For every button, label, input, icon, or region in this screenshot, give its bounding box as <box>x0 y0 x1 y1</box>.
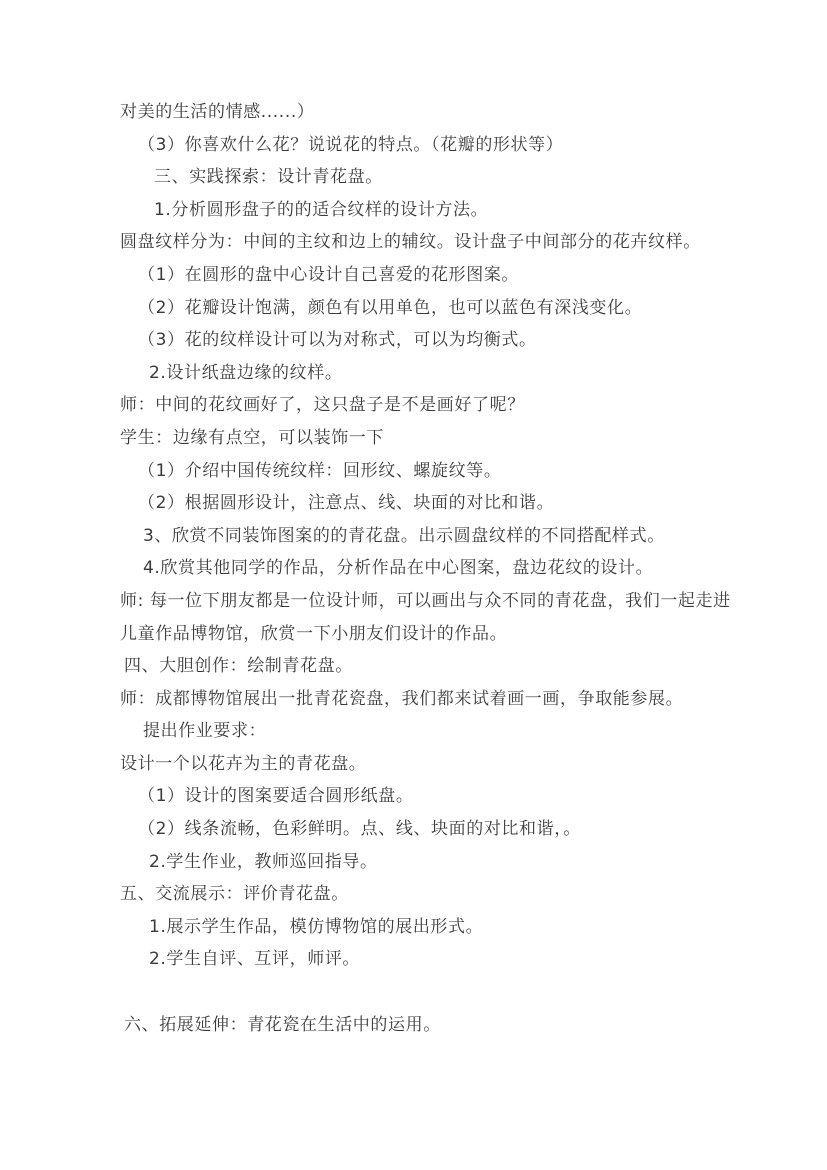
paragraph: （1）在圆形的盘中心设计自己喜爱的花形图案。 <box>120 259 713 292</box>
paragraph: 4.欣赏其他同学的作品，分析作品在中心图案，盘边花纹的设计。 <box>120 552 713 585</box>
section-heading: 六、拓展延伸：青花瓷在生活中的运用。 <box>120 1009 713 1042</box>
paragraph: （3）你喜欢什么花？说说花的特点。（花瓣的形状等） <box>120 129 713 162</box>
document-body: 对美的生活的情感......） （3）你喜欢什么花？说说花的特点。（花瓣的形状等… <box>120 96 713 1041</box>
section-heading: 三、实践探索：设计青花盘。 <box>120 161 713 194</box>
paragraph: 设计一个以花卉为主的青花盘。 <box>120 748 713 781</box>
paragraph: （1）介绍中国传统纹样：回形纹、螺旋纹等。 <box>120 455 713 488</box>
section-heading: 四、大胆创作：绘制青花盘。 <box>120 650 713 683</box>
paragraph: 师：中间的花纹画好了，这只盘子是不是画好了呢？ <box>120 389 713 422</box>
paragraph: 学生：边缘有点空，可以装饰一下 <box>120 422 713 455</box>
paragraph: （2）花瓣设计饱满，颜色有以用单色，也可以蓝色有深浅变化。 <box>120 292 713 325</box>
paragraph: 2.学生自评、互评，师评。 <box>120 943 713 976</box>
paragraph: 2.设计纸盘边缘的纹样。 <box>120 357 713 390</box>
paragraph: 儿童作品博物馆，欣赏一下小朋友们设计的作品。 <box>120 618 713 651</box>
paragraph: （3）花的纹样设计可以为对称式，可以为均衡式。 <box>120 324 713 357</box>
paragraph: （2）根据圆形设计，注意点、线、块面的对比和谐。 <box>120 487 713 520</box>
paragraph: 师: 每一位下朋友都是一位设计师，可以画出与众不同的青花盘，我们一起走进 <box>120 585 713 618</box>
paragraph: 圆盘纹样分为：中间的主纹和边上的辅纹。设计盘子中间部分的花卉纹样。 <box>120 226 713 259</box>
paragraph: 师：成都博物馆展出一批青花瓷盘，我们都来试着画一画，争取能参展。 <box>120 683 713 716</box>
paragraph: （2）线条流畅，色彩鲜明。点、线、块面的对比和谐，。 <box>120 813 713 846</box>
document-page: 对美的生活的情感......） （3）你喜欢什么花？说说花的特点。（花瓣的形状等… <box>0 0 827 1170</box>
paragraph: 3、欣赏不同装饰图案的的青花盘。出示圆盘纹样的不同搭配样式。 <box>120 520 713 553</box>
paragraph: 对美的生活的情感......） <box>120 96 713 129</box>
paragraph: 提出作业要求： <box>120 715 713 748</box>
paragraph: 1.展示学生作品，模仿博物馆的展出形式。 <box>120 911 713 944</box>
section-heading: 五、交流展示：评价青花盘。 <box>120 878 713 911</box>
paragraph: （1）设计的图案要适合圆形纸盘。 <box>120 780 713 813</box>
paragraph: 1.分析圆形盘子的的适合纹样的设计方法。 <box>120 194 713 227</box>
empty-paragraph <box>120 976 713 1009</box>
paragraph: 2.学生作业，教师巡回指导。 <box>120 846 713 879</box>
